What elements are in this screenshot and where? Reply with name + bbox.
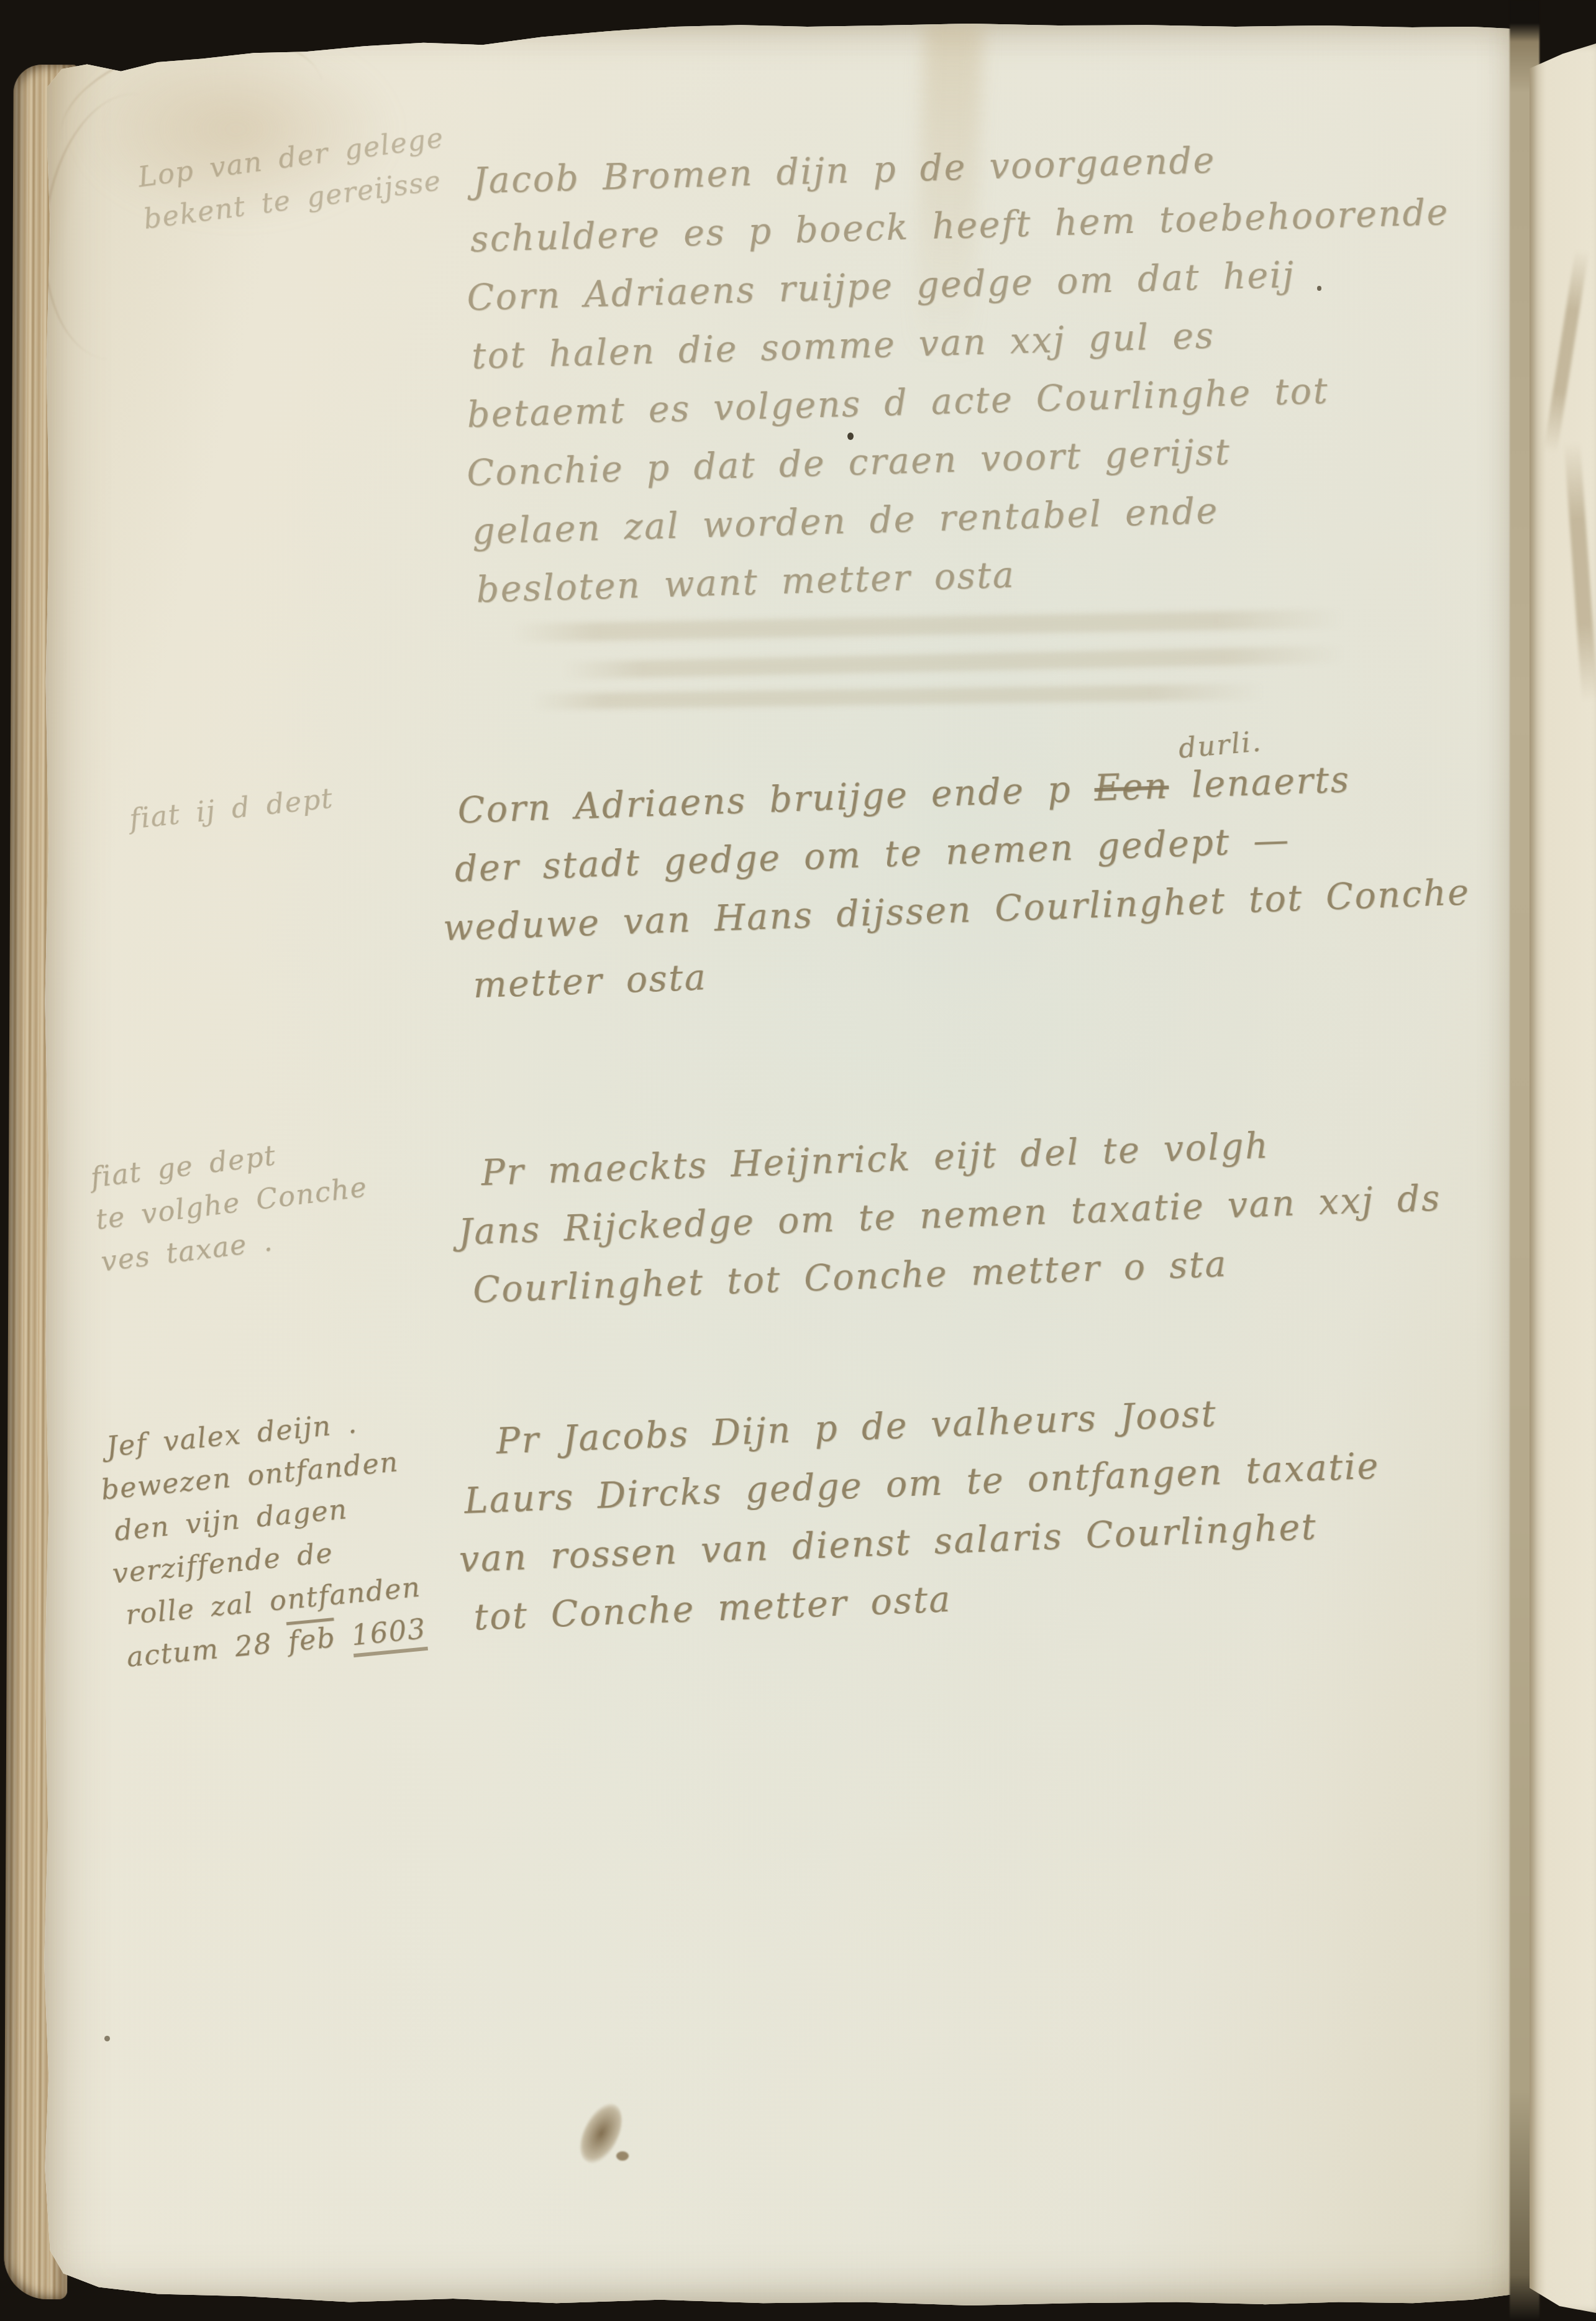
date-month: feb (286, 1621, 337, 1658)
manuscript-page: Lop van der gelege bekent te gereijsse J… (40, 19, 1516, 2305)
entry-4-body: Pr Jacobs Dijn p de valheurs Joost Laurs… (461, 1378, 1385, 1647)
struck-word: Een (1093, 766, 1169, 809)
manuscript-scan: Lop van der gelege bekent te gereijsse J… (0, 0, 1596, 2321)
entry-2-body: Corn Adriaens bruijge ende p Een lenaert… (457, 746, 1473, 1015)
line-text: lenaerts (1168, 759, 1351, 807)
date-year: 1603 (350, 1612, 428, 1657)
entry-3-body: Pr maeckts Heijnrick eijt del te volgh J… (465, 1110, 1444, 1320)
entry-1-body: Jacob Bromen dijn p de voorgaende schuld… (463, 125, 1460, 620)
ink-bleedthrough (1564, 441, 1596, 703)
ink-bleedthrough (1543, 249, 1589, 453)
entry-4-margin-note: Jef valex deijn . bewezen ontfanden den … (104, 1398, 428, 1679)
next-page-edge (1530, 43, 1596, 2313)
